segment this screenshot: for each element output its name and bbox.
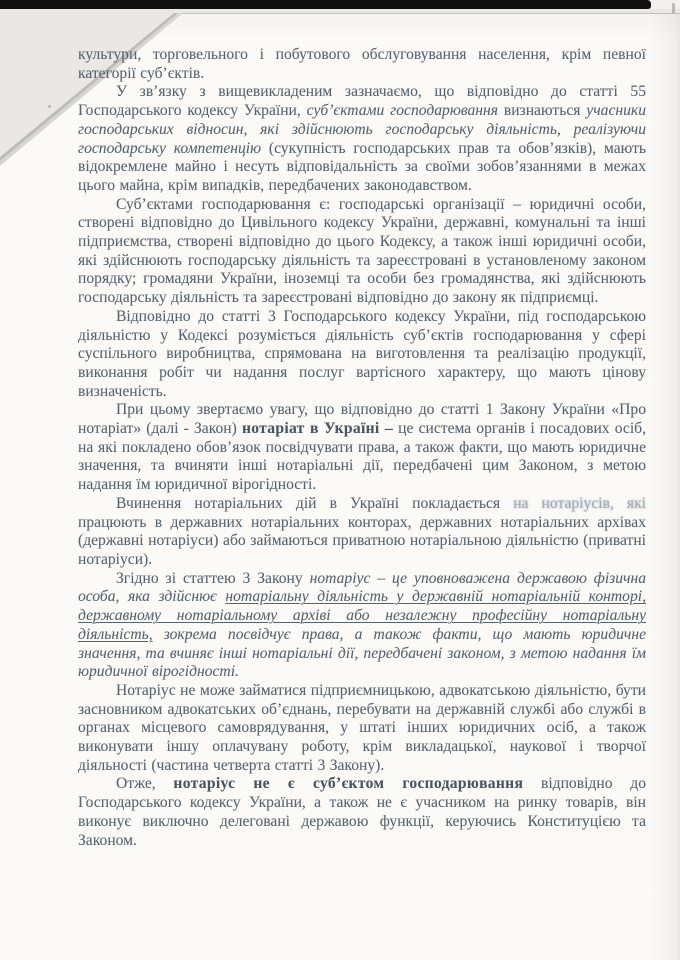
text-run: Нотаріус не може займатися підприємницьк…: [78, 682, 646, 774]
scan-speck: [48, 105, 51, 108]
scanner-edge-bar: [0, 0, 651, 9]
text-run: Вчинення нотаріальних дій в Україні покл…: [116, 495, 513, 512]
paragraph-5: При цьому звертаємо увагу, що відповідно…: [78, 401, 646, 495]
faded-smudged-run: на нотаріусів, які: [513, 495, 646, 512]
scanner-edge-gap: [651, 0, 680, 9]
document-text: культури, торговельного і побутового обс…: [78, 46, 646, 850]
text-run: Суб’єктами господарювання є: господарськ…: [78, 196, 646, 307]
italic-quote: зокрема посвідчує права, а також факти, …: [78, 626, 646, 680]
text-run: Згідно зі статтею 3 Закону: [116, 570, 310, 587]
paragraph-8: Нотаріус не може займатися підприємницьк…: [78, 682, 646, 776]
text-run: визнаються: [498, 102, 586, 119]
paragraph-7: Згідно зі статтею 3 Закону нотаріус – це…: [78, 570, 646, 682]
document-page: культури, торговельного і побутового обс…: [0, 13, 680, 960]
paragraph-3: Суб’єктами господарювання є: господарськ…: [78, 196, 646, 308]
paragraph-2: У зв’язку з вищевикладеним зазначаємо, щ…: [78, 83, 646, 195]
text-run: Отже,: [116, 775, 173, 792]
paragraph-9: Отже, нотаріус не є суб’єктом господарюв…: [78, 775, 646, 850]
text-run: працюють в державних нотаріальних контор…: [78, 514, 646, 568]
bold-term: нотаріат в Україні –: [242, 420, 393, 437]
paragraph-4: Відповідно до статті 3 Господарського ко…: [78, 308, 646, 402]
paragraph-6: Вчинення нотаріальних дій в Україні покл…: [78, 495, 646, 570]
text-run: Відповідно до статті 3 Господарського ко…: [78, 308, 646, 400]
paragraph-1: культури, торговельного і побутового обс…: [78, 46, 646, 83]
bold-conclusion: нотаріус не є суб’єктом господарювання: [173, 775, 523, 792]
italic-term: суб’єктами господарювання: [307, 102, 498, 119]
text-run: культури, торговельного і побутового обс…: [78, 46, 646, 82]
